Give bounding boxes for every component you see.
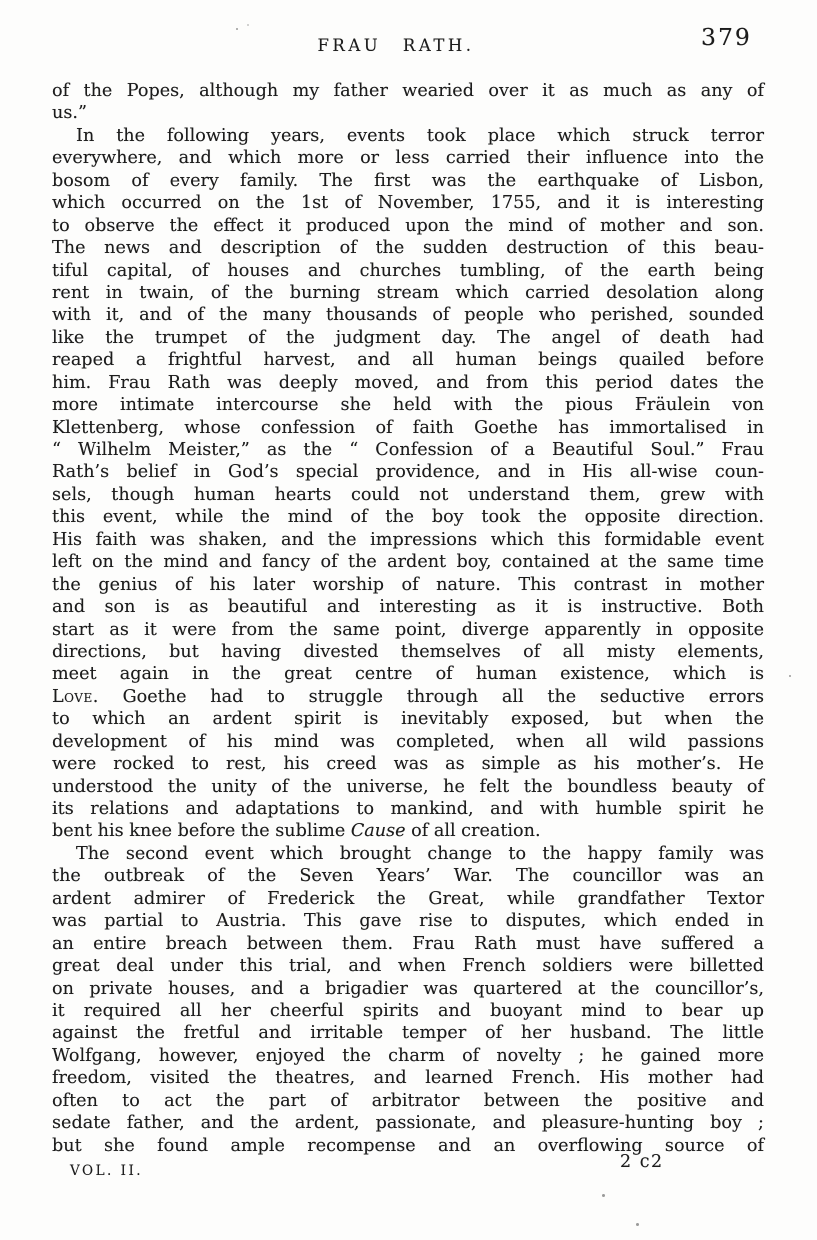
paragraph: In the following years, events took plac…	[52, 125, 764, 843]
text-line: development of his mind was completed, w…	[52, 731, 764, 753]
scan-speck	[789, 675, 791, 677]
text-line: which occurred on the 1st of November, 1…	[52, 192, 764, 214]
text-line: start as it were from the same point, di…	[52, 619, 764, 641]
page-title: FRAU RATH.	[317, 36, 474, 55]
book-page: FRAU RATH. 379 of the Popes, although my…	[0, 0, 817, 1240]
page-number: 379	[701, 23, 752, 51]
scan-speck	[636, 1223, 639, 1226]
text-line: freedom, visited the theatres, and learn…	[52, 1067, 764, 1089]
text-line: him. Frau Rath was deeply moved, and fro…	[52, 372, 764, 394]
text-line: often to act the part of arbitrator betw…	[52, 1090, 764, 1112]
text-line: was partial to Austria. This gave rise t…	[52, 910, 764, 932]
text-line: directions, but having divested themselv…	[52, 641, 764, 663]
text-line: its relations and adaptations to mankind…	[52, 798, 764, 820]
text-line: the genius of his later worship of natur…	[52, 574, 764, 596]
text-line: to which an ardent spirit is inevitably …	[52, 708, 764, 730]
volume-label: VOL. II.	[70, 1163, 143, 1179]
text-line: sedate father, and the ardent, passionat…	[52, 1112, 764, 1134]
paragraph: The second event which brought change to…	[52, 843, 764, 1157]
text-line: left on the mind and fancy of the ardent…	[52, 551, 764, 573]
text-line: The news and description of the sudden d…	[52, 237, 764, 259]
text-line: Love. Goethe had to struggle through all…	[52, 686, 764, 708]
text-line: ardent admirer of Frederick the Great, w…	[52, 888, 764, 910]
text-line: reaped a frightful harvest, and all huma…	[52, 349, 764, 371]
text-line: In the following years, events took plac…	[52, 125, 764, 147]
text-line: Wolfgang, however, enjoyed the charm of …	[52, 1045, 764, 1067]
text-line: sels, though human hearts could not unde…	[52, 484, 764, 506]
text-line: it required all her cheerful spirits and…	[52, 1000, 764, 1022]
scan-speck	[247, 24, 249, 26]
text-line: understood the unity of the universe, he…	[52, 776, 764, 798]
text-line: on private houses, and a brigadier was q…	[52, 978, 764, 1000]
text-line: tiful capital, of houses and churches tu…	[52, 260, 764, 282]
text-block: of the Popes, although my father wearied…	[52, 80, 764, 1157]
text-line: the outbreak of the Seven Years’ War. Th…	[52, 865, 764, 887]
text-line: rent in twain, of the burning stream whi…	[52, 282, 764, 304]
text-line: more intimate intercourse she held with …	[52, 394, 764, 416]
text-line: meet again in the great centre of human …	[52, 663, 764, 685]
scan-speck	[236, 28, 238, 30]
scan-speck	[602, 1194, 605, 1197]
text-line: bosom of every family. The first was the…	[52, 170, 764, 192]
text-line: like the trumpet of the judgment day. Th…	[52, 327, 764, 349]
text-line: were rocked to rest, his creed was as si…	[52, 753, 764, 775]
text-line: Klettenberg, whose confession of faith G…	[52, 417, 764, 439]
running-head: FRAU RATH.	[40, 36, 752, 55]
text-line: this event, while the mind of the boy to…	[52, 506, 764, 528]
text-line: Rath’s belief in God’s special providenc…	[52, 461, 764, 483]
paragraph: of the Popes, although my father wearied…	[52, 80, 764, 125]
text-line: us.”	[52, 102, 764, 124]
text-line: of the Popes, although my father wearied…	[52, 80, 764, 102]
signature-mark: 2 c2	[620, 1152, 664, 1172]
text-line: bent his knee before the sublime Cause o…	[52, 820, 764, 842]
text-line: to observe the effect it produced upon t…	[52, 215, 764, 237]
text-line: and son is as beautiful and interesting …	[52, 596, 764, 618]
text-line: The second event which brought change to…	[52, 843, 764, 865]
text-line: “ Wilhelm Meister,” as the “ Confession …	[52, 439, 764, 461]
text-line: an entire breach between them. Frau Rath…	[52, 933, 764, 955]
text-line: His faith was shaken, and the impression…	[52, 529, 764, 551]
text-line: with it, and of the many thousands of pe…	[52, 304, 764, 326]
text-line: everywhere, and which more or less carri…	[52, 147, 764, 169]
text-line: against the fretful and irritable temper…	[52, 1022, 764, 1044]
text-line: great deal under this trial, and when Fr…	[52, 955, 764, 977]
